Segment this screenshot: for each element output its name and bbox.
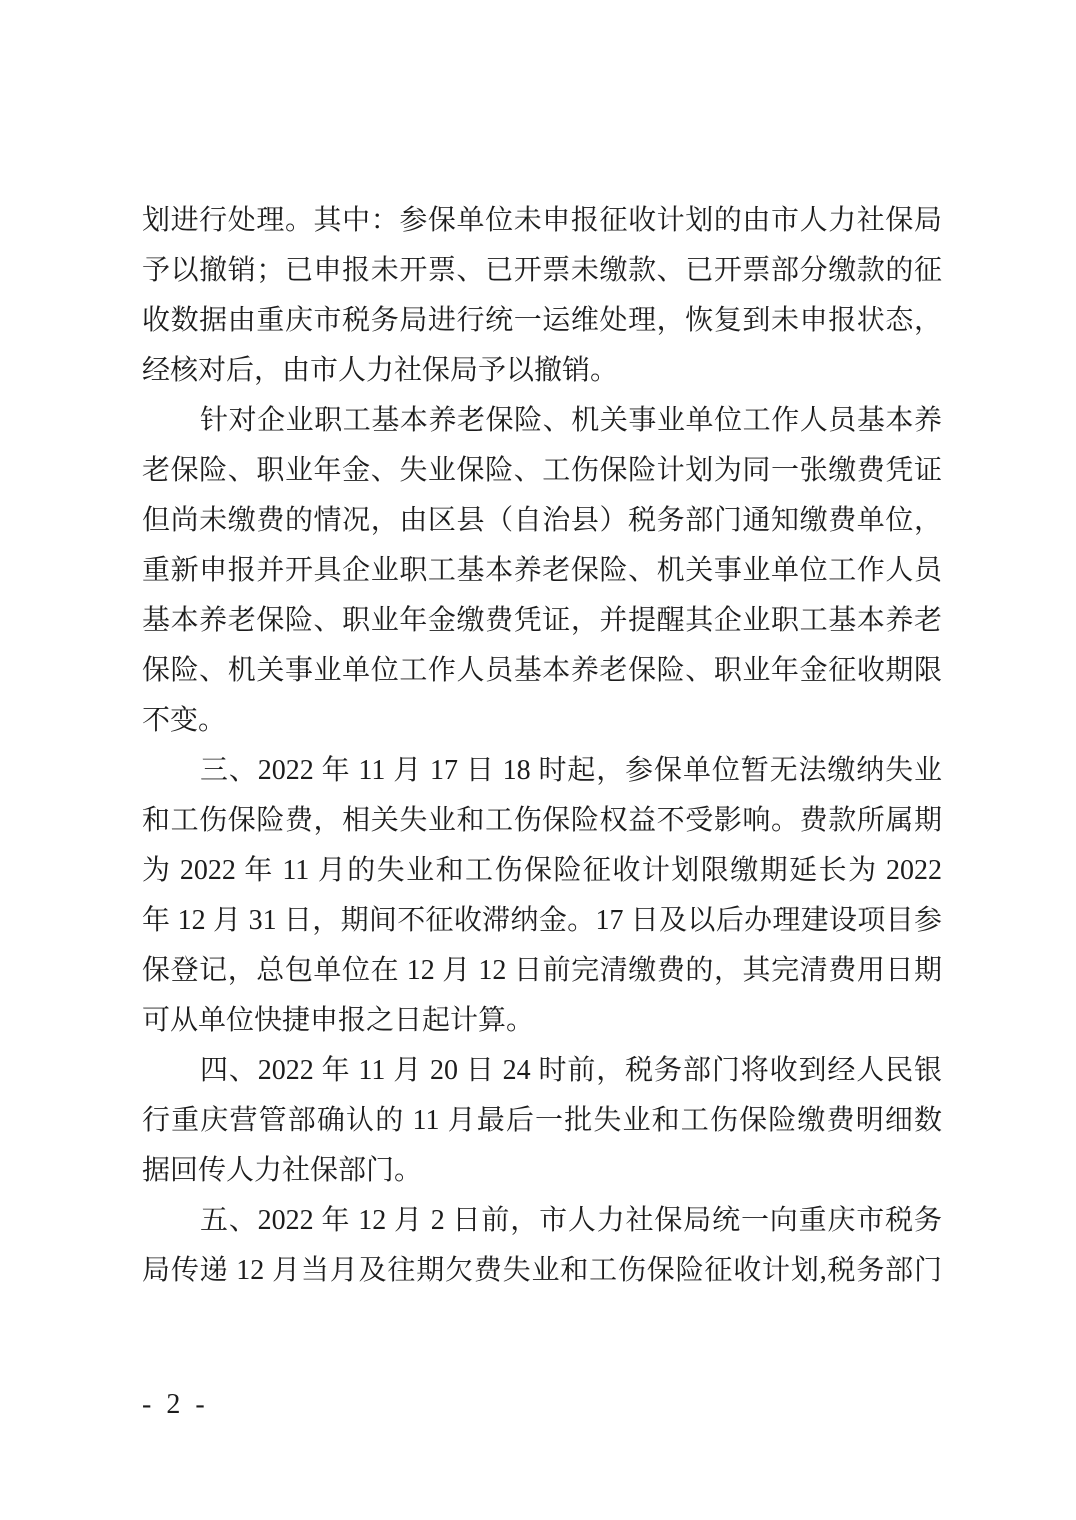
- text-line: 予以撤销；已申报未开票、已开票未缴款、已开票部分缴款的征: [142, 246, 942, 296]
- text-line: 不变。: [142, 696, 942, 746]
- document-body: 划进行处理。其中：参保单位未申报征收计划的由市人力社保局予以撤销；已申报未开票、…: [142, 196, 942, 1296]
- text-line: 三、2022 年 11 月 17 日 18 时起，参保单位暂无法缴纳失业: [142, 746, 942, 796]
- text-line: 可从单位快捷申报之日起计算。: [142, 996, 942, 1046]
- text-line: 为 2022 年 11 月的失业和工伤保险征收计划限缴期延长为 2022: [142, 846, 942, 896]
- text-line: 四、2022 年 11 月 20 日 24 时前，税务部门将收到经人民银: [142, 1046, 942, 1096]
- text-line: 但尚未缴费的情况，由区县（自治县）税务部门通知缴费单位，: [142, 496, 942, 546]
- text-line: 保险、机关事业单位工作人员基本养老保险、职业年金征收期限: [142, 646, 942, 696]
- text-line: 局传递 12 月当月及往期欠费失业和工伤保险征收计划,税务部门: [142, 1246, 942, 1296]
- text-line: 基本养老保险、职业年金缴费凭证，并提醒其企业职工基本养老: [142, 596, 942, 646]
- text-line: 五、2022 年 12 月 2 日前，市人力社保局统一向重庆市税务: [142, 1196, 942, 1246]
- page-number: - 2 -: [142, 1383, 209, 1427]
- text-line: 保登记，总包单位在 12 月 12 日前完清缴费的，其完清费用日期: [142, 946, 942, 996]
- text-line: 收数据由重庆市税务局进行统一运维处理，恢复到未申报状态，: [142, 296, 942, 346]
- text-line: 年 12 月 31 日，期间不征收滞纳金。17 日及以后办理建设项目参: [142, 896, 942, 946]
- text-line: 经核对后，由市人力社保局予以撤销。: [142, 346, 942, 396]
- text-line: 和工伤保险费，相关失业和工伤保险权益不受影响。费款所属期: [142, 796, 942, 846]
- text-line: 划进行处理。其中：参保单位未申报征收计划的由市人力社保局: [142, 196, 942, 246]
- text-line: 行重庆营管部确认的 11 月最后一批失业和工伤保险缴费明细数: [142, 1096, 942, 1146]
- text-line: 老保险、职业年金、失业保险、工伤保险计划为同一张缴费凭证: [142, 446, 942, 496]
- text-line: 针对企业职工基本养老保险、机关事业单位工作人员基本养: [142, 396, 942, 446]
- document-page: 划进行处理。其中：参保单位未申报征收计划的由市人力社保局予以撤销；已申报未开票、…: [0, 0, 1076, 1520]
- text-line: 据回传人力社保部门。: [142, 1146, 942, 1196]
- text-line: 重新申报并开具企业职工基本养老保险、机关事业单位工作人员: [142, 546, 942, 596]
